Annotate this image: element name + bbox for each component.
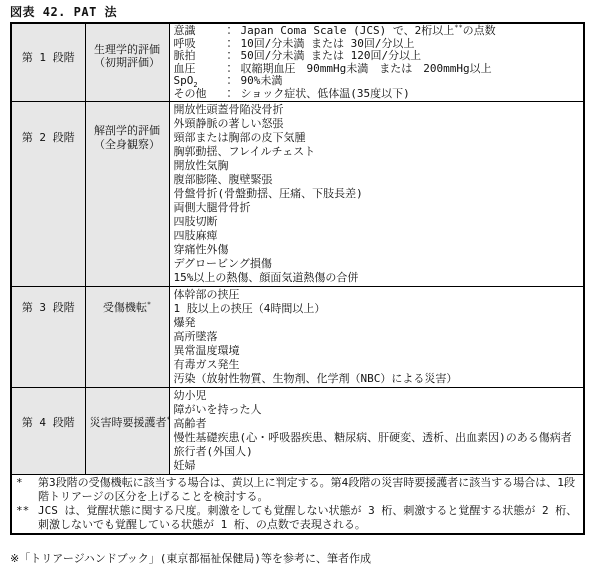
figure-title: 図表 42. PAT 法 (10, 3, 117, 20)
vital-label-text: 意識 (174, 24, 196, 37)
vital-label-text: 呼吸 (174, 37, 196, 50)
stage2-criteria: 開放性頭蓋骨陥没骨折 外頸静脈の著しい怒張 頸部または胸部の皮下気腫 胸郭動揺、… (169, 102, 584, 287)
stage2-label: 第 2 段階 (11, 102, 85, 287)
footnote-1: * 第3段階の受傷機転に該当する場合は、黄以上に判定する。第4段階の災害時要援護… (16, 476, 579, 504)
vital-value: 10回/分未満 または 30回/分以上 (241, 37, 415, 50)
stage2-category-text: 解剖学的評価 (94, 124, 160, 137)
criteria-line: 異常温度環境 (174, 344, 580, 358)
criteria-line: 胸郭動揺、フレイルチェスト (174, 145, 580, 159)
colon: ： (224, 49, 235, 62)
colon: ： (224, 62, 235, 75)
criteria-line: 高所墜落 (174, 330, 580, 344)
criteria-line: 障がいを持った人 (174, 403, 580, 417)
vital-label-text: その他 (174, 87, 207, 100)
stage3-category-cell: 受傷機転* (85, 287, 169, 388)
stage1-category-text: 生理学的評価 (94, 43, 160, 56)
stage1-label: 第 1 段階 (11, 23, 85, 102)
jcs-footnote-mark: ** (454, 23, 462, 31)
criteria-line: 四肢切断 (174, 215, 580, 229)
stage1-criteria: 意識：Japan Coma Scale (JCS) で、2桁以上**の点数 呼吸… (169, 23, 584, 102)
criteria-line: 15%以上の熱傷、顔面気道熱傷の合併 (174, 271, 580, 285)
stage4-category-text: 災害時要援護者 (90, 416, 167, 429)
stage2-category-cell: 解剖学的評価 （全身観察） (85, 102, 169, 287)
document-page: 図表 42. PAT 法 第 1 段階 生理学的評価 （初期評価） 意識：Jap… (0, 0, 592, 576)
criteria-line: 幼小児 (174, 389, 580, 403)
footnote-1-text: 第3段階の受傷機転に該当する場合は、黄以上に判定する。第4段階の災害時要援護者に… (38, 476, 579, 504)
criteria-line: 汚染（放射性物質、生物剤、化学剤（NBC）による災害） (174, 372, 580, 386)
stage3-category: 受傷機転* (90, 301, 165, 315)
criteria-line: 旅行者(外国人) (174, 445, 580, 459)
criteria-line: 頸部または胸部の皮下気腫 (174, 131, 580, 145)
stage2-category: 解剖学的評価 (90, 124, 165, 138)
stage1-category: 生理学的評価 (90, 44, 165, 57)
stage2-category-note: （全身観察） (90, 138, 165, 152)
vital-label-text: 血圧 (174, 62, 196, 75)
footnote-cell: * 第3段階の受傷機転に該当する場合は、黄以上に判定する。第4段階の災害時要援護… (11, 475, 584, 535)
criteria-line: 爆発 (174, 316, 580, 330)
stage4-criteria: 幼小児 障がいを持った人 高齢者 慢性基礎疾患(心・呼吸器疾患、糖尿病、肝硬変、… (169, 388, 584, 475)
stage2-row: 第 2 段階 解剖学的評価 （全身観察） 開放性頭蓋骨陥没骨折 外頸静脈の著しい… (11, 102, 584, 287)
colon: ： (224, 87, 235, 100)
stage3-criteria: 体幹部の挟圧 1 肢以上の挟圧（4時間以上） 爆発 高所墜落 異常温度環境 有毒… (169, 287, 584, 388)
stage1-category-cell: 生理学的評価 （初期評価） (85, 23, 169, 102)
stage3-category-sup: * (147, 300, 151, 308)
stage4-label: 第 4 段階 (11, 388, 85, 475)
stage4-category-sup: * (167, 415, 171, 423)
criteria-line: 開放性頭蓋骨陥没骨折 (174, 103, 580, 117)
stage3-label: 第 3 段階 (11, 287, 85, 388)
footnote-2-marker: ** (16, 504, 38, 532)
stage3-row: 第 3 段階 受傷機転* 体幹部の挟圧 1 肢以上の挟圧（4時間以上） 爆発 高… (11, 287, 584, 388)
stage4-row: 第 4 段階 災害時要援護者* 幼小児 障がいを持った人 高齢者 慢性基礎疾患(… (11, 388, 584, 475)
stage4-category-cell: 災害時要援護者* (85, 388, 169, 475)
stage1-category-note: （初期評価） (90, 57, 165, 70)
stage4-category: 災害時要援護者* (90, 416, 165, 430)
criteria-line: 穿痛性外傷 (174, 243, 580, 257)
criteria-line: 有毒ガス発生 (174, 358, 580, 372)
vital-value: 90%未満 (241, 74, 283, 87)
pat-table: 第 1 段階 生理学的評価 （初期評価） 意識：Japan Coma Scale… (10, 22, 585, 535)
criteria-line: 妊婦 (174, 459, 580, 473)
vital-label: その他 (174, 88, 224, 101)
criteria-line: デグロービング損傷 (174, 257, 580, 271)
vital-value: Japan Coma Scale (JCS) で、2桁以上**の点数 (241, 24, 496, 37)
stage1-row: 第 1 段階 生理学的評価 （初期評価） 意識：Japan Coma Scale… (11, 23, 584, 102)
colon: ： (224, 24, 235, 37)
criteria-line: 慢性基礎疾患(心・呼吸器疾患、糖尿病、肝硬変、透析、出血素因)のある傷病者 (174, 431, 580, 445)
colon: ： (224, 37, 235, 50)
criteria-line: 体幹部の挟圧 (174, 288, 580, 302)
criteria-line: 1 肢以上の挟圧（4時間以上） (174, 302, 580, 316)
source-note: ※「トリアージハンドブック」(東京都福祉保健局)等を参考に、筆者作成 (10, 552, 371, 566)
vital-value-pre: Japan Coma Scale (JCS) で、2桁以上 (241, 24, 455, 37)
criteria-line: 両側大腿骨骨折 (174, 201, 580, 215)
vital-value: ショック症状、低体温(35度以下) (241, 87, 410, 100)
vital-value-post: の点数 (463, 24, 496, 37)
vital-label-text: SpO (174, 74, 194, 87)
footnote-2: ** JCS は、覚醒状態に関する尺度。刺激をしても覚醒しない状態が 3 桁、刺… (16, 504, 579, 532)
footnote-1-marker: * (16, 476, 38, 504)
criteria-line: 外頸静脈の著しい怒張 (174, 117, 580, 131)
colon: ： (224, 74, 235, 87)
vital-value: 収縮期血圧 90mmHg未満 または 200mmHg以上 (241, 62, 492, 75)
criteria-line-other: その他：ショック症状、低体温(35度以下) (174, 88, 580, 101)
criteria-line: 腹部膨隆、腹壁緊張 (174, 173, 580, 187)
criteria-line: 開放性気胸 (174, 159, 580, 173)
footnote-row: * 第3段階の受傷機転に該当する場合は、黄以上に判定する。第4段階の災害時要援護… (11, 475, 584, 535)
criteria-line: 四肢麻痺 (174, 229, 580, 243)
criteria-line: 骨盤骨折(骨盤動揺、圧痛、下肢長差) (174, 187, 580, 201)
footnote-2-text: JCS は、覚醒状態に関する尺度。刺激をしても覚醒しない状態が 3 桁、刺激する… (38, 504, 579, 532)
criteria-line: 高齢者 (174, 417, 580, 431)
vital-label-text: 脈拍 (174, 49, 196, 62)
vital-value: 50回/分未満 または 120回/分以上 (241, 49, 422, 62)
stage3-category-text: 受傷機転 (103, 301, 147, 314)
